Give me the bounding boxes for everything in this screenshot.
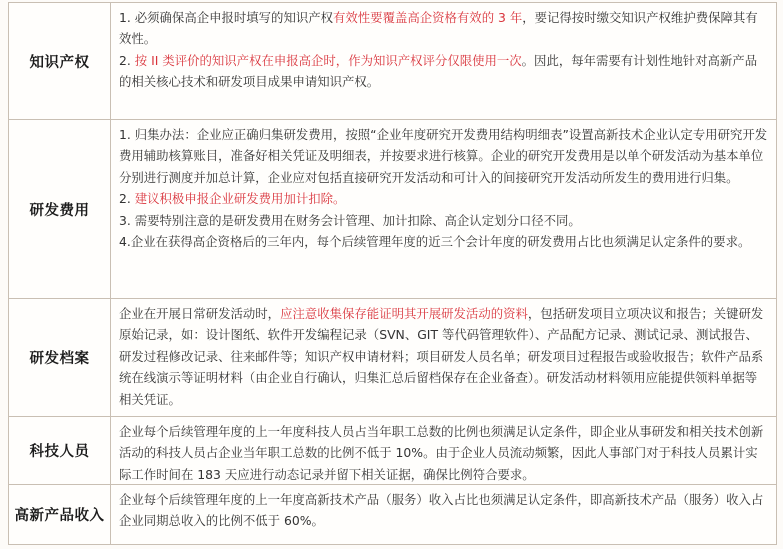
text-segment: 2. bbox=[119, 191, 135, 206]
text-segment: 2. bbox=[119, 53, 135, 68]
text-segment: 3. 需要特别注意的是研发费用在财务会计管理、加计扣除、高企认定划分口径不同。 bbox=[119, 213, 581, 228]
text-segment: 1. 必须确保高企申报时填写的知识产权 bbox=[119, 10, 333, 25]
row-content: 企业每个后续管理年度的上一年度高新技术产品（服务）收入占比也须满足认定条件，即高… bbox=[111, 485, 776, 544]
text-segment: ，包括研发项目立项决议和报告；关键研发原始记录，如：设计图纸、软件开发编程记录（… bbox=[119, 306, 763, 407]
text-segment: 1. 归集办法：企业应正确归集研发费用，按照“企业年度研究开发费用结构明细表”设… bbox=[119, 127, 767, 185]
text-segment: 企业在开展日常研发活动时， bbox=[119, 306, 280, 321]
paragraph: 4.企业在获得高企资格后的三年内，每个后续管理年度的近三个会计年度的研发费用占比… bbox=[119, 231, 768, 252]
row-label: 研发费用 bbox=[9, 120, 111, 298]
paragraph: 2. 建议积极申报企业研发费用加计扣除。 bbox=[119, 188, 768, 209]
row-content: 1. 归集办法：企业应正确归集研发费用，按照“企业年度研究开发费用结构明细表”设… bbox=[111, 120, 776, 298]
highlighted-text: 建议积极申报企业研发费用加计扣除。 bbox=[135, 191, 346, 206]
table-row-rd-archives: 研发档案 企业在开展日常研发活动时，应注意收集保存能证明其开展研发活动的资料，包… bbox=[9, 298, 776, 416]
row-content: 企业每个后续管理年度的上一年度科技人员占当年职工总数的比例也须满足认定条件，即企… bbox=[111, 417, 776, 484]
text-segment: 企业每个后续管理年度的上一年度科技人员占当年职工总数的比例也须满足认定条件，即企… bbox=[119, 424, 763, 482]
paragraph: 1. 归集办法：企业应正确归集研发费用，按照“企业年度研究开发费用结构明细表”设… bbox=[119, 124, 768, 188]
row-label: 知识产权 bbox=[9, 3, 111, 119]
text-segment: 企业每个后续管理年度的上一年度高新技术产品（服务）收入占比也须满足认定条件，即高… bbox=[119, 492, 763, 528]
row-label: 高新产品收入 bbox=[9, 485, 111, 544]
requirements-table: 知识产权 1. 必须确保高企申报时填写的知识产权有效性要覆盖高企资格有效的 3 … bbox=[8, 2, 777, 545]
table-row-intellectual-property: 知识产权 1. 必须确保高企申报时填写的知识产权有效性要覆盖高企资格有效的 3 … bbox=[9, 3, 776, 119]
paragraph: 1. 必须确保高企申报时填写的知识产权有效性要覆盖高企资格有效的 3 年，要记得… bbox=[119, 7, 768, 50]
highlighted-text: 有效性要覆盖高企资格有效的 3 年 bbox=[333, 10, 522, 25]
paragraph: 2. 按 II 类评价的知识产权在申报高企时，作为知识产权评分仅限使用一次。因此… bbox=[119, 50, 768, 93]
row-label: 研发档案 bbox=[9, 299, 111, 416]
text-segment: 4.企业在获得高企资格后的三年内，每个后续管理年度的近三个会计年度的研发费用占比… bbox=[119, 234, 750, 249]
paragraph: 3. 需要特别注意的是研发费用在财务会计管理、加计扣除、高企认定划分口径不同。 bbox=[119, 210, 768, 231]
table-row-tech-personnel: 科技人员 企业每个后续管理年度的上一年度科技人员占当年职工总数的比例也须满足认定… bbox=[9, 416, 776, 484]
paragraph: 企业每个后续管理年度的上一年度科技人员占当年职工总数的比例也须满足认定条件，即企… bbox=[119, 421, 768, 485]
table-row-hightech-revenue: 高新产品收入 企业每个后续管理年度的上一年度高新技术产品（服务）收入占比也须满足… bbox=[9, 484, 776, 544]
row-content: 企业在开展日常研发活动时，应注意收集保存能证明其开展研发活动的资料，包括研发项目… bbox=[111, 299, 776, 416]
highlighted-text: 应注意收集保存能证明其开展研发活动的资料 bbox=[280, 306, 528, 321]
row-content: 1. 必须确保高企申报时填写的知识产权有效性要覆盖高企资格有效的 3 年，要记得… bbox=[111, 3, 776, 119]
paragraph: 企业每个后续管理年度的上一年度高新技术产品（服务）收入占比也须满足认定条件，即高… bbox=[119, 489, 768, 532]
row-label: 科技人员 bbox=[9, 417, 111, 484]
paragraph: 企业在开展日常研发活动时，应注意收集保存能证明其开展研发活动的资料，包括研发项目… bbox=[119, 303, 768, 410]
highlighted-text: 按 II 类评价的知识产权在申报高企时，作为知识产权评分仅限使用一次 bbox=[135, 53, 522, 68]
table-row-rd-expenses: 研发费用 1. 归集办法：企业应正确归集研发费用，按照“企业年度研究开发费用结构… bbox=[9, 119, 776, 298]
